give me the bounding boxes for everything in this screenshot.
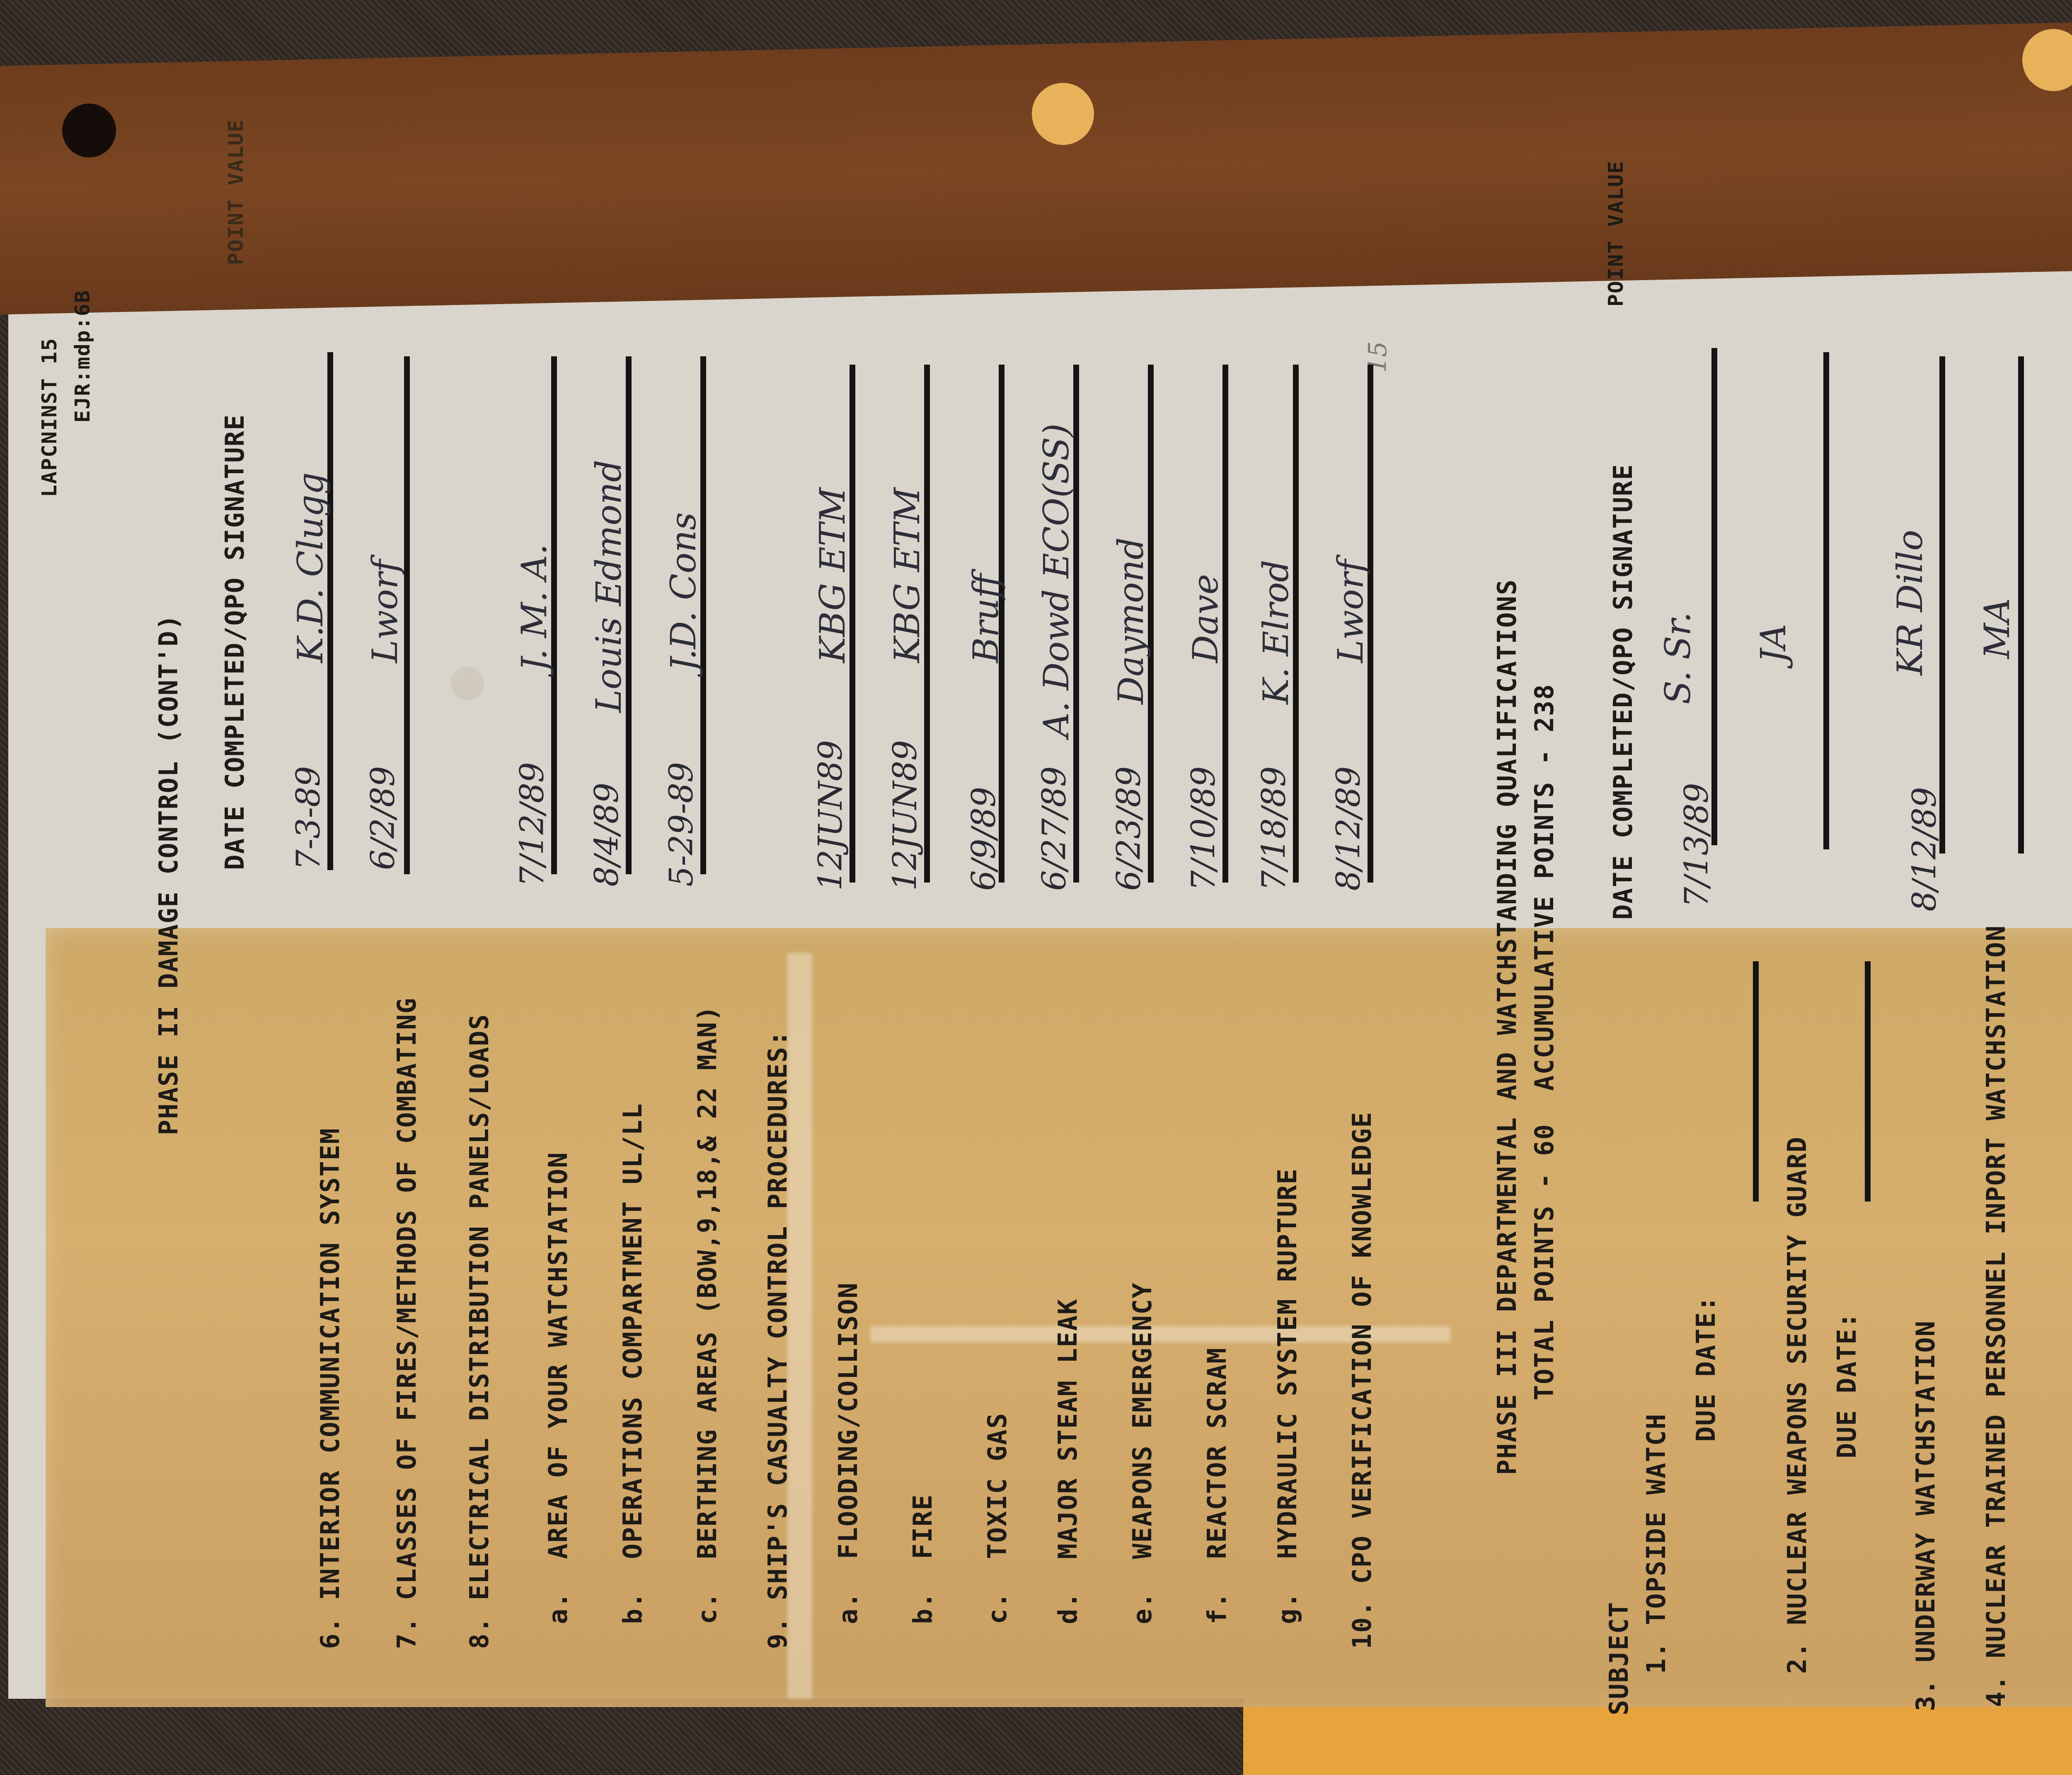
point-value-header-top: POINT VALUE [224, 119, 248, 265]
signature-line [1711, 348, 1717, 845]
date-item-9f: 7/10/89 [1185, 766, 1222, 891]
date-item-8a: 7/12/89 [514, 762, 551, 887]
phase2-item-9g: g. HYDRAULIC SYSTEM RUPTURE [1272, 1168, 1302, 1624]
phase3-column-header: DATE COMPLETED/QPO SIGNATURE [1608, 464, 1638, 920]
signature-item-8a: J. M. A. [514, 544, 554, 671]
due-date-line [1865, 961, 1871, 1202]
signature-line [2018, 356, 2024, 854]
date-item-9g: 7/18/89 [1256, 766, 1293, 891]
signature-item-8c: J.D. Cons [663, 512, 704, 671]
date-item-9d: 6/27/89 [1036, 766, 1073, 891]
phase3-signature-1: S. Sr. [1658, 612, 1698, 704]
phase2-item-8: 8. ELECTRICAL DISTRIBUTION PANELS/LOADS [464, 1013, 494, 1649]
phase3-title: PHASE III DEPARTMENTAL AND WATCHSTANDING… [1492, 579, 1522, 1475]
punch-hole-icon [1032, 83, 1094, 145]
signature-line [1823, 352, 1829, 849]
phase3-signature-2: JA [1753, 624, 1794, 663]
phase2-item-8a: a. AREA OF YOUR WATCHSTATION [543, 1152, 573, 1625]
signature-item-6: K.D. Clugg [290, 472, 331, 663]
phase2-item-8b: b. OPERATIONS COMPARTMENT UL/LL [617, 1103, 648, 1624]
point-value-header-lower: POINT VALUE [1604, 160, 1628, 307]
phase3-subtitle: TOTAL POINTS - 60 ACCUMULATIVE POINTS - … [1529, 684, 1559, 1400]
signature-item-9a: KBG ETM [812, 488, 853, 663]
phase3-due-date-1: DUE DATE: [1691, 1295, 1721, 1442]
phase2-item-9c: c. TOXIC GAS [982, 1412, 1012, 1624]
phase3-date-1: 7/13/89 [1678, 783, 1716, 907]
phase3-item-2: 2. NUCLEAR WEAPONS SECURITY GUARD [1782, 1136, 1812, 1674]
phase2-item-8c: c. BERTHING AREAS (BOW,9,18,& 22 MAN) [692, 1005, 722, 1624]
phase2-item-6: 6. INTERIOR COMMUNICATION SYSTEM [315, 1128, 345, 1649]
phase2-item-9d: d. MAJOR STEAM LEAK [1053, 1298, 1083, 1624]
phase2-item-9b: b. FIRE [908, 1494, 938, 1624]
date-item-9c: 6/9/89 [966, 787, 1003, 891]
phase2-column-header: DATE COMPLETED/QPO SIGNATURE [220, 414, 250, 870]
binder-strip [0, 17, 2072, 314]
signature-item-7: Lworf [365, 560, 405, 663]
signature-item-9d: A. Dowd ECO(SS) [1036, 423, 1077, 738]
phase3-item-3: 3. UNDERWAY WATCHSTATION [1910, 1320, 1941, 1711]
date-item-7: 6/2/89 [365, 766, 402, 870]
date-item-10: 8/12/89 [1330, 766, 1368, 891]
signature-line [1939, 356, 1945, 854]
phase3-signature-3: KR Dillo [1890, 530, 1930, 675]
phase2-item-10: 10. CPO VERIFICATION OF KNOWLEDGE [1347, 1111, 1377, 1649]
date-item-9b: 12JUN89 [887, 740, 924, 891]
date-item-8b: 8/4/89 [588, 783, 626, 887]
phase2-item-7: 7. CLASSES OF FIRES/METHODS OF COMBATING [392, 997, 422, 1649]
date-item-9a: 12JUN89 [812, 740, 850, 891]
signature-item-9b: KBG ETM [887, 488, 927, 663]
date-item-8c: 5-29-89 [663, 762, 700, 887]
signature-item-9e: Daymond [1111, 537, 1151, 704]
signature-item-9c: Bruff [966, 574, 1006, 663]
signature-item-9g: K. Elrod [1256, 560, 1296, 704]
signature-item-9f: Dave [1185, 574, 1226, 663]
date-item-6: 7-3-89 [290, 766, 327, 870]
form-id-line1: LAPCNINST 15 [37, 338, 61, 497]
phase2-item-9e: e. WEAPONS EMERGENCY [1127, 1282, 1157, 1624]
phase3-due-date-2: DUE DATE: [1832, 1312, 1862, 1458]
phase3-subject-header: SUBJECT [1604, 1601, 1634, 1715]
phase3-signature-4: MA [1977, 598, 2017, 659]
punch-hole-icon [62, 104, 116, 157]
phase3-date-3: 8/12/89 [1906, 787, 1944, 912]
form-id-line2: EJR:mdp:6B [70, 290, 94, 423]
due-date-line [1753, 961, 1759, 1202]
phase3-item-4: 4. NUCLEAR TRAINED PERSONNEL INPORT WATC… [1981, 925, 2011, 1707]
phase2-item-9f: f. REACTOR SCRAM [1202, 1347, 1232, 1624]
signature-item-10: Lworf [1330, 560, 1371, 663]
date-item-9e: 6/23/89 [1111, 766, 1148, 891]
phase2-item-9a: a. FLOODING/COLLISON [833, 1282, 863, 1624]
signature-item-8b: Louis Edmond [588, 460, 629, 713]
phase3-item-1: 1. TOPSIDE WATCH [1641, 1413, 1671, 1674]
phase2-item-9: 9. SHIP'S CASUALTY CONTROL PROCEDURES: [762, 1030, 793, 1649]
phase2-title: PHASE II DAMAGE CONTROL (CONT'D) [153, 614, 184, 1135]
